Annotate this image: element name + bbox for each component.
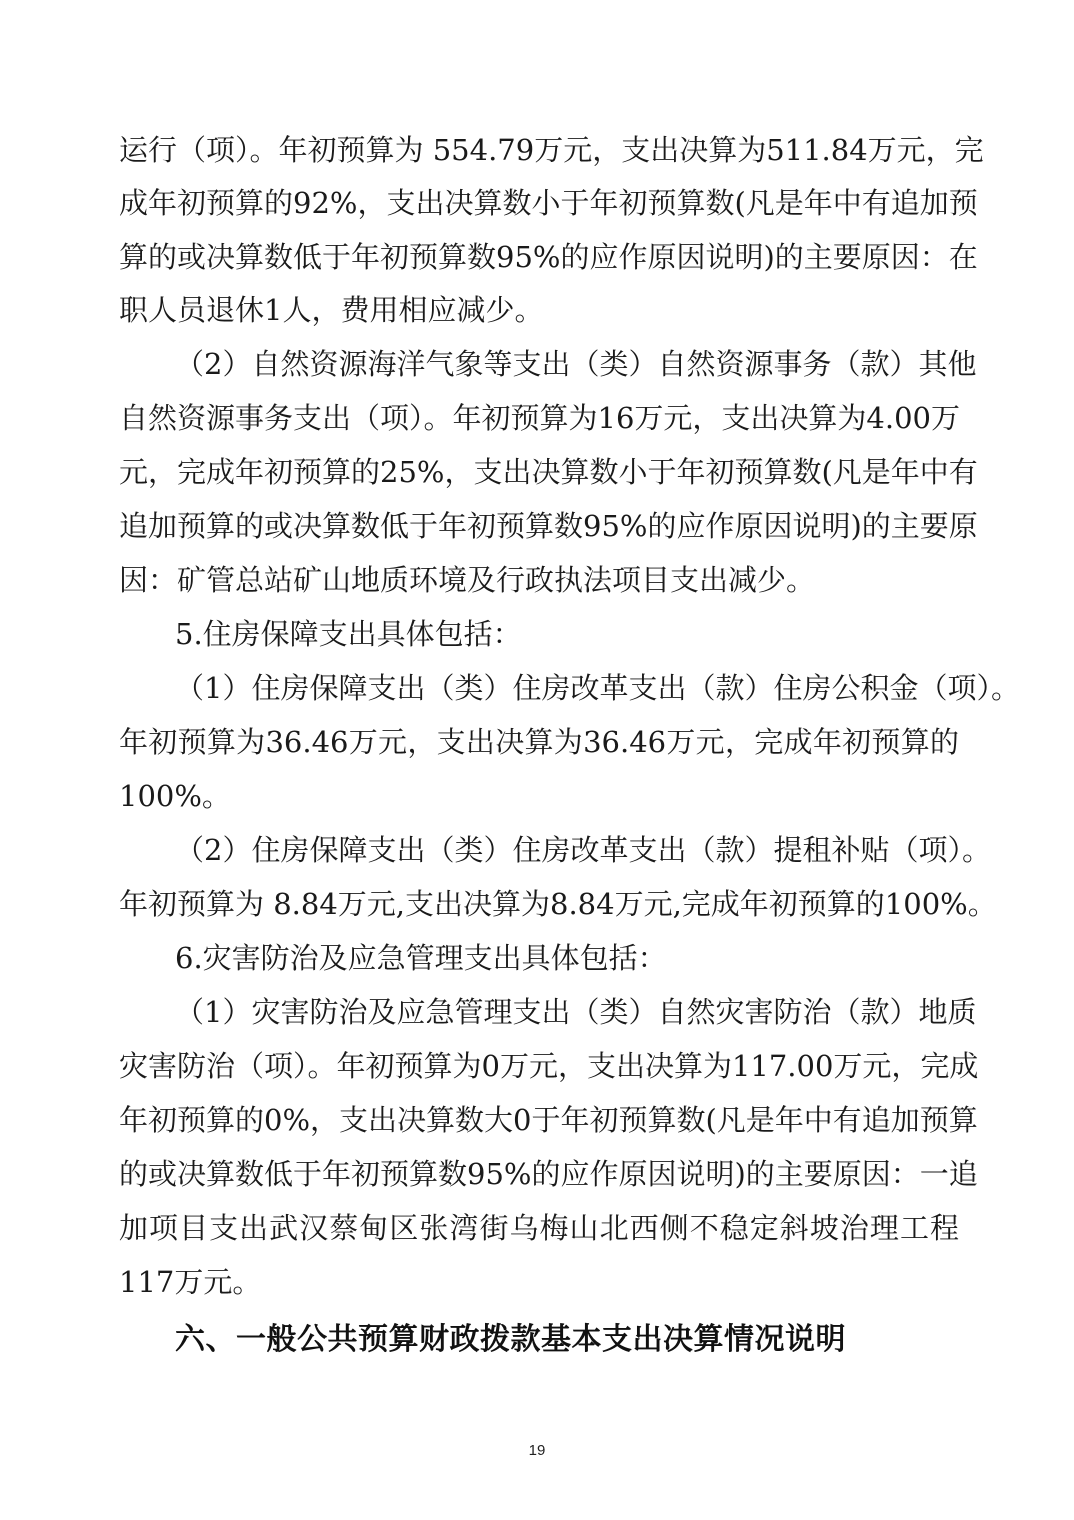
document-page: 运行（项）。年初预算为 554.79万元，支出决算为511.84万元，完 成年初… bbox=[0, 0, 1074, 1520]
paragraph-line: （1）灾害防治及应急管理支出（类）自然灾害防治（款）地质 bbox=[175, 992, 959, 1032]
page-number: 19 bbox=[0, 1442, 1074, 1459]
paragraph-line: （2）自然资源海洋气象等支出（类）自然资源事务（款）其他 bbox=[175, 344, 959, 384]
paragraph-line: 年初预算为36.46万元，支出决算为36.46万元，完成年初预算的 bbox=[119, 722, 959, 762]
paragraph-line: 117万元。 bbox=[119, 1262, 959, 1302]
paragraph-line: （2）住房保障支出（类）住房改革支出（款）提租补贴（项）。 bbox=[175, 830, 959, 870]
paragraph-line: 职人员退休1人，费用相应减少。 bbox=[119, 290, 959, 330]
paragraph-line: 自然资源事务支出（项）。年初预算为16万元，支出决算为4.00万 bbox=[119, 398, 959, 438]
paragraph-line: 100%。 bbox=[119, 776, 959, 816]
subsection-heading-housing: 5.住房保障支出具体包括： bbox=[175, 614, 959, 654]
paragraph-line: 加项目支出武汉蔡甸区张湾街乌梅山北西侧不稳定斜坡治理工程 bbox=[119, 1208, 959, 1248]
section-heading: 六、一般公共预算财政拨款基本支出决算情况说明 bbox=[175, 1320, 846, 1360]
paragraph-line: 运行（项）。年初预算为 554.79万元，支出决算为511.84万元，完 bbox=[119, 130, 959, 170]
subsection-heading-disaster: 6.灾害防治及应急管理支出具体包括： bbox=[175, 938, 959, 978]
paragraph-line: 因：矿管总站矿山地质环境及行政执法项目支出减少。 bbox=[119, 560, 959, 600]
paragraph-line: 算的或决算数低于年初预算数95%的应作原因说明)的主要原因：在 bbox=[119, 237, 959, 277]
paragraph-line: （1）住房保障支出（类）住房改革支出（款）住房公积金（项）。 bbox=[175, 668, 959, 708]
paragraph-line: 的或决算数低于年初预算数95%的应作原因说明)的主要原因：一追 bbox=[119, 1154, 959, 1194]
paragraph-line: 追加预算的或决算数低于年初预算数95%的应作原因说明)的主要原 bbox=[119, 506, 959, 546]
paragraph-line: 年初预算为 8.84万元,支出决算为8.84万元,完成年初预算的100%。 bbox=[119, 884, 959, 924]
paragraph-line: 元，完成年初预算的25%，支出决算数小于年初预算数(凡是年中有 bbox=[119, 452, 959, 492]
paragraph-line: 成年初预算的92%，支出决算数小于年初预算数(凡是年中有追加预 bbox=[119, 183, 959, 223]
paragraph-line: 年初预算的0%，支出决算数大0于年初预算数(凡是年中有追加预算 bbox=[119, 1100, 959, 1140]
paragraph-line: 灾害防治（项）。年初预算为0万元，支出决算为117.00万元，完成 bbox=[119, 1046, 959, 1086]
